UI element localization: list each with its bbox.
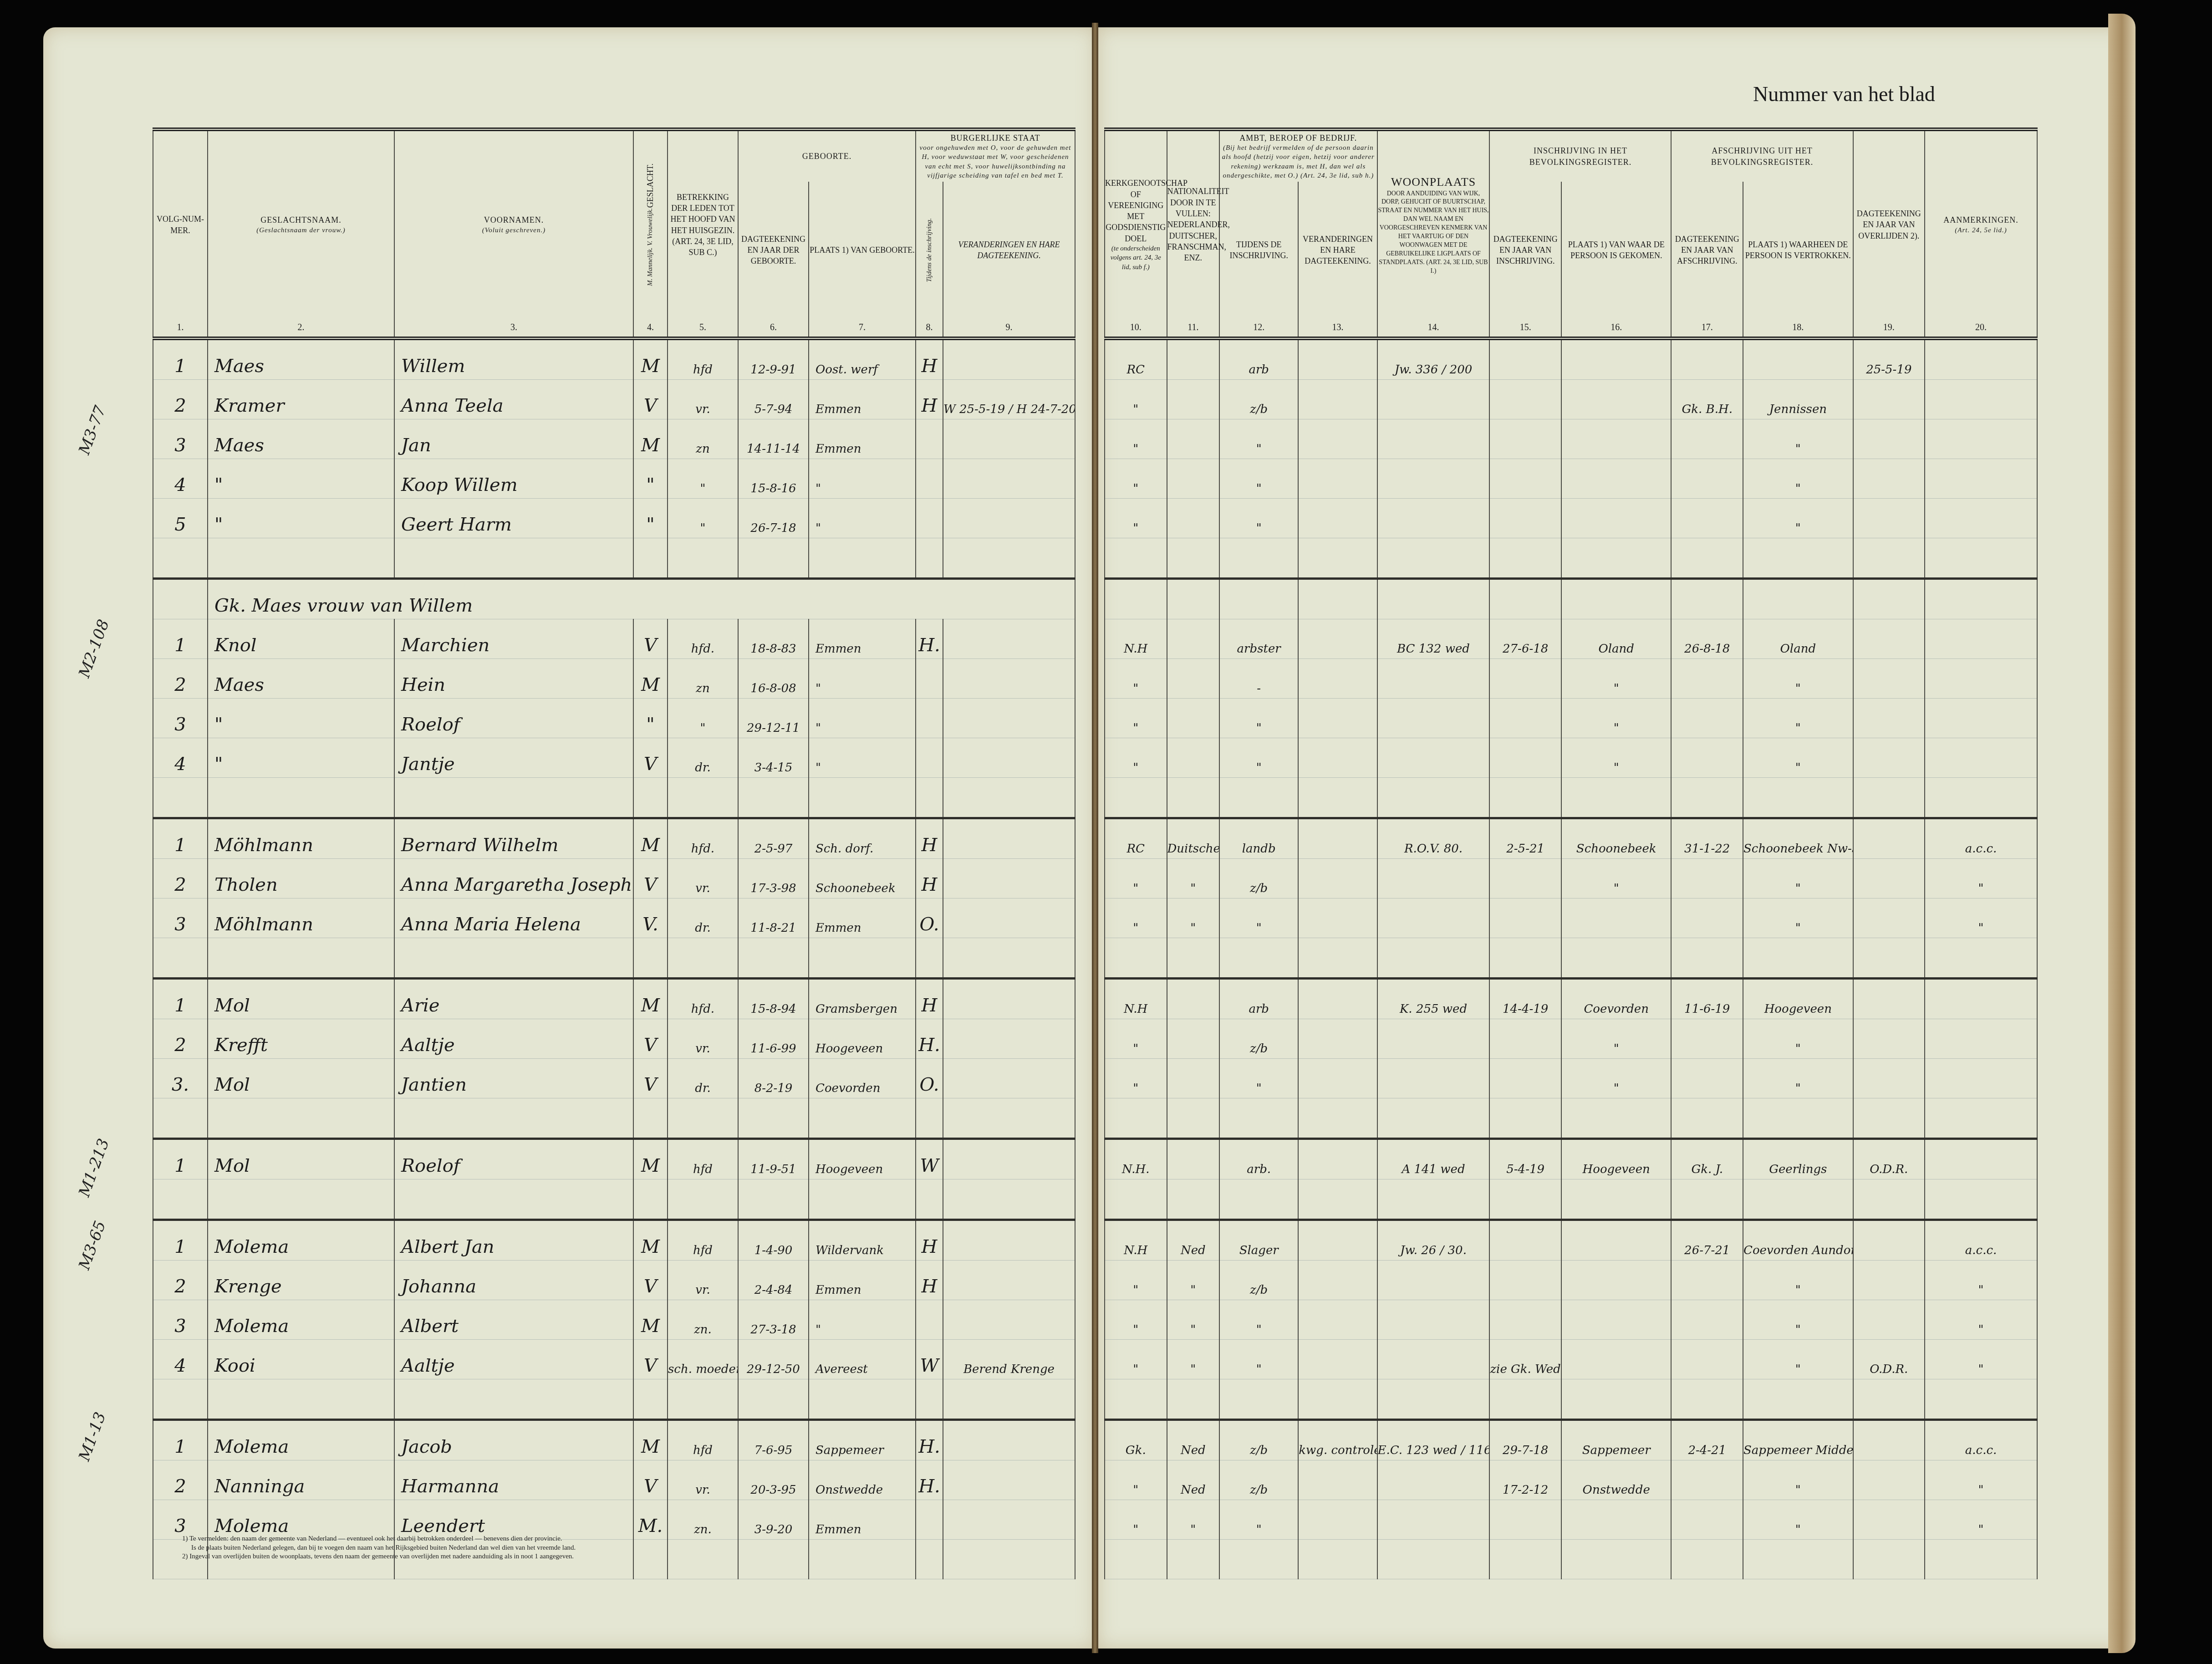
cell-empty	[1853, 579, 1925, 619]
cell-out_to: "	[1743, 1340, 1853, 1379]
cell-remarks: "	[1925, 898, 2037, 938]
cell-remarks	[1925, 738, 2037, 778]
cell-in_from	[1561, 338, 1672, 380]
cell-church: "	[1105, 859, 1167, 898]
cell-remarks: "	[1925, 1261, 2037, 1300]
cell-sex: V	[633, 1019, 668, 1059]
cell-pob: "	[809, 459, 916, 499]
cell-empty	[1671, 538, 1743, 579]
cell-surname: Maes	[208, 338, 394, 380]
cell-empty	[1105, 778, 1167, 818]
cell-occ: z/b	[1219, 1460, 1298, 1500]
cell-remarks	[1925, 1139, 2037, 1179]
register-table-left: Volg-num-mer. Geslachtsnaam.(Geslachtsna…	[153, 128, 1075, 1579]
col-num: 10.	[1105, 318, 1167, 338]
cell-n: 2	[153, 859, 208, 898]
cell-out_to: "	[1743, 659, 1853, 699]
cell-given: Leendert	[394, 1500, 633, 1540]
cell-pob: "	[809, 1300, 916, 1340]
cell-empty	[394, 1098, 633, 1139]
cell-in_from: Coevorden	[1561, 979, 1672, 1019]
cell-out_date	[1671, 459, 1743, 499]
cell-csc	[943, 1420, 1075, 1460]
col-num: 1.	[153, 318, 208, 338]
cell-occc	[1298, 1139, 1377, 1179]
spacer-row	[1105, 538, 2037, 579]
cell-empty	[1743, 1098, 1853, 1139]
cell-remarks	[1925, 338, 2037, 380]
cell-remarks: "	[1925, 859, 2037, 898]
cell-nat	[1167, 979, 1220, 1019]
cell-empty	[1853, 538, 1925, 579]
cell-empty	[1377, 938, 1490, 979]
cell-in_from: "	[1561, 859, 1672, 898]
cell-addr	[1377, 499, 1490, 538]
spacer-row	[1105, 1179, 2037, 1220]
cell-out_date	[1671, 1460, 1743, 1500]
cell-empty	[1743, 1179, 1853, 1220]
cell-in_from	[1561, 419, 1672, 459]
cell-occ: "	[1219, 1340, 1298, 1379]
cell-given: Anna Teela	[394, 380, 633, 419]
cell-empty	[1671, 579, 1743, 619]
cell-rel: vr.	[668, 1261, 738, 1300]
cell-in_date	[1489, 1300, 1561, 1340]
cell-addr	[1377, 1460, 1490, 1500]
cell-empty	[943, 1179, 1075, 1220]
cell-sex: V	[633, 1261, 668, 1300]
col-num: 11.	[1167, 318, 1220, 338]
cell-in_date	[1489, 419, 1561, 459]
cell-occc	[1298, 459, 1377, 499]
cell-out_to: "	[1743, 419, 1853, 459]
cell-church: RC	[1105, 338, 1167, 380]
cell-rel: zn	[668, 419, 738, 459]
group-header-inschrijving: Inschrijving in het bevolkingsregister.	[1489, 129, 1671, 182]
spacer-row	[153, 1098, 1075, 1139]
cell-pob: Onstwedde	[809, 1460, 916, 1500]
cell-pob: "	[809, 659, 916, 699]
cell-empty	[1377, 778, 1490, 818]
table-row: 1MolArieMhfd.15-8-94GramsbergenH	[153, 979, 1075, 1019]
cell-empty	[943, 1098, 1075, 1139]
cell-in_from	[1561, 1220, 1672, 1261]
cell-dob: 15-8-16	[738, 459, 809, 499]
cell-empty	[633, 1379, 668, 1420]
cell-nat	[1167, 738, 1220, 778]
col-header-geslachtsnaam: Geslachtsnaam.(Geslachtsnaam der vrouw.)	[208, 129, 394, 318]
table-row: """	[1105, 419, 2037, 459]
cell-dob: 2-5-97	[738, 818, 809, 859]
table-row: N.HNedSlagerJw. 26 / 30.26-7-21Coevorden…	[1105, 1220, 2037, 1261]
cell-occc	[1298, 699, 1377, 738]
cell-death	[1853, 1059, 1925, 1098]
table-row: 3MöhlmannAnna Maria HelenaV.dr.11-8-21Em…	[153, 898, 1075, 938]
col-num: 5.	[668, 318, 738, 338]
cell-given: Bernard Wilhelm	[394, 818, 633, 859]
cell-empty	[1561, 1540, 1672, 1579]
cell-pob: Wildervank	[809, 1220, 916, 1261]
cell-death	[1853, 859, 1925, 898]
cell-empty	[1167, 579, 1220, 619]
cell-death	[1853, 419, 1925, 459]
cell-empty	[668, 538, 738, 579]
cell-out_to: Jennissen	[1743, 380, 1853, 419]
cell-nat	[1167, 380, 1220, 419]
cell-empty	[1377, 538, 1490, 579]
cell-empty	[1671, 1179, 1743, 1220]
cell-church: "	[1105, 1300, 1167, 1340]
cell-sex: M	[633, 338, 668, 380]
cell-out_to: "	[1743, 1059, 1853, 1098]
cell-cs	[916, 738, 943, 778]
table-row: 5"Geert Harm""26-7-18"	[153, 499, 1075, 538]
col-header-afschrijving-plaats: Plaats 1) waarheen de persoon is vertrok…	[1743, 182, 1853, 318]
table-row: 3MolemaLeendertM.zn.3-9-20Emmen	[153, 1500, 1075, 1540]
cell-in_from	[1561, 499, 1672, 538]
cell-empty	[208, 938, 394, 979]
cell-empty	[1489, 938, 1561, 979]
cell-pob: Emmen	[809, 898, 916, 938]
cell-empty	[1925, 1179, 2037, 1220]
cell-surname: Krefft	[208, 1019, 394, 1059]
cell-n: 2	[153, 1019, 208, 1059]
cell-empty	[1167, 538, 1220, 579]
cell-in_date	[1489, 499, 1561, 538]
table-row: 2KrefftAaltjeVvr.11-6-99HoogeveenH.	[153, 1019, 1075, 1059]
table-row: 3"Roelof""29-12-11"	[153, 699, 1075, 738]
cell-empty	[1671, 938, 1743, 979]
footnotes: 1) Te vermelden: den naam der gemeente v…	[182, 1535, 576, 1562]
cell-nat: Ned	[1167, 1460, 1220, 1500]
cell-occc	[1298, 659, 1377, 699]
cell-sex: M	[633, 1300, 668, 1340]
cell-empty	[943, 778, 1075, 818]
cell-pob: Coevorden	[809, 1059, 916, 1098]
table-row: N.HarbK. 255 wed14-4-19Coevorden11-6-19H…	[1105, 979, 2037, 1019]
cell-given: Hein	[394, 659, 633, 699]
cell-sex: M	[633, 1220, 668, 1261]
cell-remarks	[1925, 499, 2037, 538]
table-row: 3MolemaAlbertMzn.27-3-18"	[153, 1300, 1075, 1340]
cell-in_from	[1561, 459, 1672, 499]
cell-occ: Slager	[1219, 1220, 1298, 1261]
cell-empty	[1219, 1179, 1298, 1220]
cell-addr: Jw. 26 / 30.	[1377, 1220, 1490, 1261]
cell-empty	[1561, 938, 1672, 979]
cell-csc	[943, 419, 1075, 459]
cell-empty	[1167, 1540, 1220, 1579]
cell-n: 2	[153, 1460, 208, 1500]
left-register-body: 1MaesWillemMhfd12-9-91Oost. werfH2Kramer…	[153, 338, 1075, 1579]
cell-cs: H	[916, 380, 943, 419]
cell-empty	[1219, 1540, 1298, 1579]
cell-sex: V	[633, 1059, 668, 1098]
cell-remarks	[1925, 1019, 2037, 1059]
cell-death: 25-5-19	[1853, 338, 1925, 380]
cell-dob: 8-2-19	[738, 1059, 809, 1098]
cell-in_from	[1561, 1261, 1672, 1300]
cell-addr: Jw. 336 / 200	[1377, 338, 1490, 380]
cell-out_to: "	[1743, 1261, 1853, 1300]
table-row: ""z/b""	[1105, 1261, 2037, 1300]
table-row: RCarbJw. 336 / 20025-5-19	[1105, 338, 2037, 380]
cell-empty	[153, 778, 208, 818]
cell-csc	[943, 659, 1075, 699]
household-heading-row: Gk. Maes vrouw van Willem	[153, 579, 1075, 619]
cell-empty	[208, 538, 394, 579]
cell-death	[1853, 898, 1925, 938]
cell-nat: Duitscher	[1167, 818, 1220, 859]
cell-in_date	[1489, 859, 1561, 898]
cell-empty	[153, 579, 208, 619]
cell-given: Arie	[394, 979, 633, 1019]
cell-empty	[668, 1379, 738, 1420]
cell-death	[1853, 380, 1925, 419]
col-num: 18.	[1743, 318, 1853, 338]
table-row: 1MolemaAlbert JanMhfd1-4-90WildervankH	[153, 1220, 1075, 1261]
cell-empty	[1853, 1540, 1925, 1579]
cell-csc	[943, 898, 1075, 938]
book-spine	[1092, 23, 1098, 1653]
col-header-woonplaats: Woonplaatsdoor aanduiding van wijk, dorp…	[1377, 129, 1490, 318]
cell-church: "	[1105, 1261, 1167, 1300]
col-num: 4.	[633, 318, 668, 338]
cell-church: "	[1105, 898, 1167, 938]
cell-remarks: a.c.c.	[1925, 1220, 2037, 1261]
cell-empty	[1925, 1379, 2037, 1420]
cell-in_date	[1489, 1019, 1561, 1059]
cell-out_to: Coevorden Aundorp 40	[1743, 1220, 1853, 1261]
cell-out_date: 26-7-21	[1671, 1220, 1743, 1261]
cell-sex: M	[633, 419, 668, 459]
cell-rel: dr.	[668, 898, 738, 938]
cell-csc	[943, 818, 1075, 859]
table-row: 4KooiAaltjeVsch. moeder29-12-50AvereestW…	[153, 1340, 1075, 1379]
cell-given: Roelof	[394, 699, 633, 738]
cell-occ: z/b	[1219, 1420, 1298, 1460]
cell-in_from	[1561, 898, 1672, 938]
cell-rel: vr.	[668, 1019, 738, 1059]
cell-dob: 26-7-18	[738, 499, 809, 538]
cell-in_from	[1561, 380, 1672, 419]
cell-empty	[1561, 778, 1672, 818]
cell-occc	[1298, 1220, 1377, 1261]
cell-remarks: "	[1925, 1300, 2037, 1340]
cell-given: Albert	[394, 1300, 633, 1340]
cell-surname: Molema	[208, 1500, 394, 1540]
cell-empty	[633, 1540, 668, 1579]
cell-church: "	[1105, 738, 1167, 778]
cell-dob: 5-7-94	[738, 380, 809, 419]
cell-occc	[1298, 979, 1377, 1019]
table-row: 1MolemaJacobMhfd7-6-95SappemeerH.	[153, 1420, 1075, 1460]
cell-surname: "	[208, 738, 394, 778]
cell-n: 4	[153, 459, 208, 499]
cell-dob: 29-12-11	[738, 699, 809, 738]
cell-empty	[208, 1179, 394, 1220]
cell-in_date: zie Gk. Wed. B.Krenge	[1489, 1340, 1561, 1379]
cell-csc	[943, 619, 1075, 659]
cell-addr	[1377, 659, 1490, 699]
cell-occ: "	[1219, 1059, 1298, 1098]
cell-empty	[943, 1540, 1075, 1579]
cell-empty	[809, 1379, 916, 1420]
cell-given: Koop Willem	[394, 459, 633, 499]
cell-church: "	[1105, 1059, 1167, 1098]
cell-remarks	[1925, 380, 2037, 419]
cell-empty	[1105, 579, 1167, 619]
cell-csc	[943, 1500, 1075, 1540]
cell-occ: arbster	[1219, 619, 1298, 659]
cell-sex: "	[633, 499, 668, 538]
cell-given: Jan	[394, 419, 633, 459]
cell-n: 3	[153, 419, 208, 459]
cell-pob: "	[809, 499, 916, 538]
cell-empty	[1671, 1540, 1743, 1579]
cell-remarks: "	[1925, 1500, 2037, 1540]
col-num: 13.	[1298, 318, 1377, 338]
cell-surname: Krenge	[208, 1261, 394, 1300]
cell-n: 1	[153, 619, 208, 659]
cell-empty	[153, 1379, 208, 1420]
cell-empty	[1489, 1379, 1561, 1420]
table-row: ""z/b"""	[1105, 859, 2037, 898]
table-row: 2KramerAnna TeelaVvr.5-7-94EmmenHW 25-5-…	[153, 380, 1075, 419]
cell-cs	[916, 1300, 943, 1340]
cell-csc	[943, 859, 1075, 898]
cell-out_to: "	[1743, 499, 1853, 538]
cell-surname: Tholen	[208, 859, 394, 898]
cell-in_from	[1561, 1340, 1672, 1379]
cell-death	[1853, 619, 1925, 659]
cell-empty	[738, 1379, 809, 1420]
household-heading: Gk. Maes vrouw van Willem	[208, 579, 1075, 619]
cell-empty	[1298, 778, 1377, 818]
cell-dob: 29-12-50	[738, 1340, 809, 1379]
cell-given: Anna Margaretha Josephina	[394, 859, 633, 898]
cell-remarks: "	[1925, 1460, 2037, 1500]
cell-church: "	[1105, 699, 1167, 738]
cell-in_from: Sappemeer	[1561, 1420, 1672, 1460]
col-num: 14.	[1377, 318, 1490, 338]
cell-empty	[1105, 538, 1167, 579]
cell-occc	[1298, 499, 1377, 538]
cell-occ: "	[1219, 499, 1298, 538]
cell-addr	[1377, 419, 1490, 459]
cell-surname: Kooi	[208, 1340, 394, 1379]
table-row: """	[1105, 499, 2037, 538]
cell-death	[1853, 1019, 1925, 1059]
cell-empty	[633, 538, 668, 579]
cell-occc	[1298, 859, 1377, 898]
cell-in_date: 27-6-18	[1489, 619, 1561, 659]
cell-empty	[1925, 538, 2037, 579]
cell-out_to: "	[1743, 859, 1853, 898]
cell-empty	[394, 938, 633, 979]
cell-empty	[809, 1098, 916, 1139]
cell-sex: M	[633, 659, 668, 699]
cell-empty	[1219, 1379, 1298, 1420]
cell-empty	[1298, 579, 1377, 619]
cell-out_to: "	[1743, 738, 1853, 778]
cell-addr	[1377, 859, 1490, 898]
cell-empty	[1377, 579, 1490, 619]
cell-n: 5	[153, 499, 208, 538]
col-num: 17.	[1671, 318, 1743, 338]
cell-out_date	[1671, 1300, 1743, 1340]
cell-out_to: Hoogeveen	[1743, 979, 1853, 1019]
col-header-inschrijving-plaats: Plaats 1) van waar de persoon is gekomen…	[1561, 182, 1672, 318]
cell-rel: hfd	[668, 1420, 738, 1460]
cell-out_date	[1671, 1500, 1743, 1540]
cell-out_to: Oland	[1743, 619, 1853, 659]
cell-sex: V	[633, 859, 668, 898]
cell-cs	[916, 459, 943, 499]
cell-in_from: "	[1561, 738, 1672, 778]
cell-empty	[1105, 1179, 1167, 1220]
cell-empty	[1167, 778, 1220, 818]
cell-in_date: 2-5-21	[1489, 818, 1561, 859]
cell-occ: -	[1219, 659, 1298, 699]
cell-empty	[1377, 1379, 1490, 1420]
cell-sex: "	[633, 699, 668, 738]
cell-in_from	[1561, 1500, 1672, 1540]
cell-church: "	[1105, 659, 1167, 699]
cell-cs: H	[916, 338, 943, 380]
cell-church: "	[1105, 1460, 1167, 1500]
cell-occ: z/b	[1219, 380, 1298, 419]
cell-death	[1853, 738, 1925, 778]
cell-remarks: "	[1925, 1340, 2037, 1379]
cell-empty	[1298, 938, 1377, 979]
cell-nat	[1167, 1059, 1220, 1098]
cell-out_date	[1671, 738, 1743, 778]
col-num: 2.	[208, 318, 394, 338]
cell-pob: Emmen	[809, 619, 916, 659]
cell-empty	[1167, 1098, 1220, 1139]
cell-out_to: "	[1743, 459, 1853, 499]
cell-nat: Ned	[1167, 1220, 1220, 1261]
cell-empty	[394, 778, 633, 818]
cell-surname: "	[208, 459, 394, 499]
cell-cs: O.	[916, 898, 943, 938]
col-header-aanmerkingen: Aanmerkingen.(Art. 24, 5e lid.)	[1925, 129, 2037, 318]
cell-in_date	[1489, 1500, 1561, 1540]
cell-occ: "	[1219, 699, 1298, 738]
cell-out_date: 31-1-22	[1671, 818, 1743, 859]
cell-empty	[1219, 538, 1298, 579]
cell-surname: Knol	[208, 619, 394, 659]
cell-in_from: "	[1561, 1059, 1672, 1098]
table-row: """""	[1105, 1300, 2037, 1340]
cell-out_date	[1671, 699, 1743, 738]
cell-empty	[1105, 1540, 1167, 1579]
cell-given: Roelof	[394, 1139, 633, 1179]
cell-occc	[1298, 1300, 1377, 1340]
cell-out_to: "	[1743, 1019, 1853, 1059]
col-num: 12.	[1219, 318, 1298, 338]
table-row: """"	[1105, 699, 2037, 738]
cell-empty	[153, 1179, 208, 1220]
cell-given: Johanna	[394, 1261, 633, 1300]
cell-church: "	[1105, 1019, 1167, 1059]
cell-out_date	[1671, 419, 1743, 459]
cell-in_date	[1489, 1261, 1561, 1300]
cell-empty	[1377, 1179, 1490, 1220]
cell-in_from: "	[1561, 659, 1672, 699]
cell-empty	[668, 778, 738, 818]
